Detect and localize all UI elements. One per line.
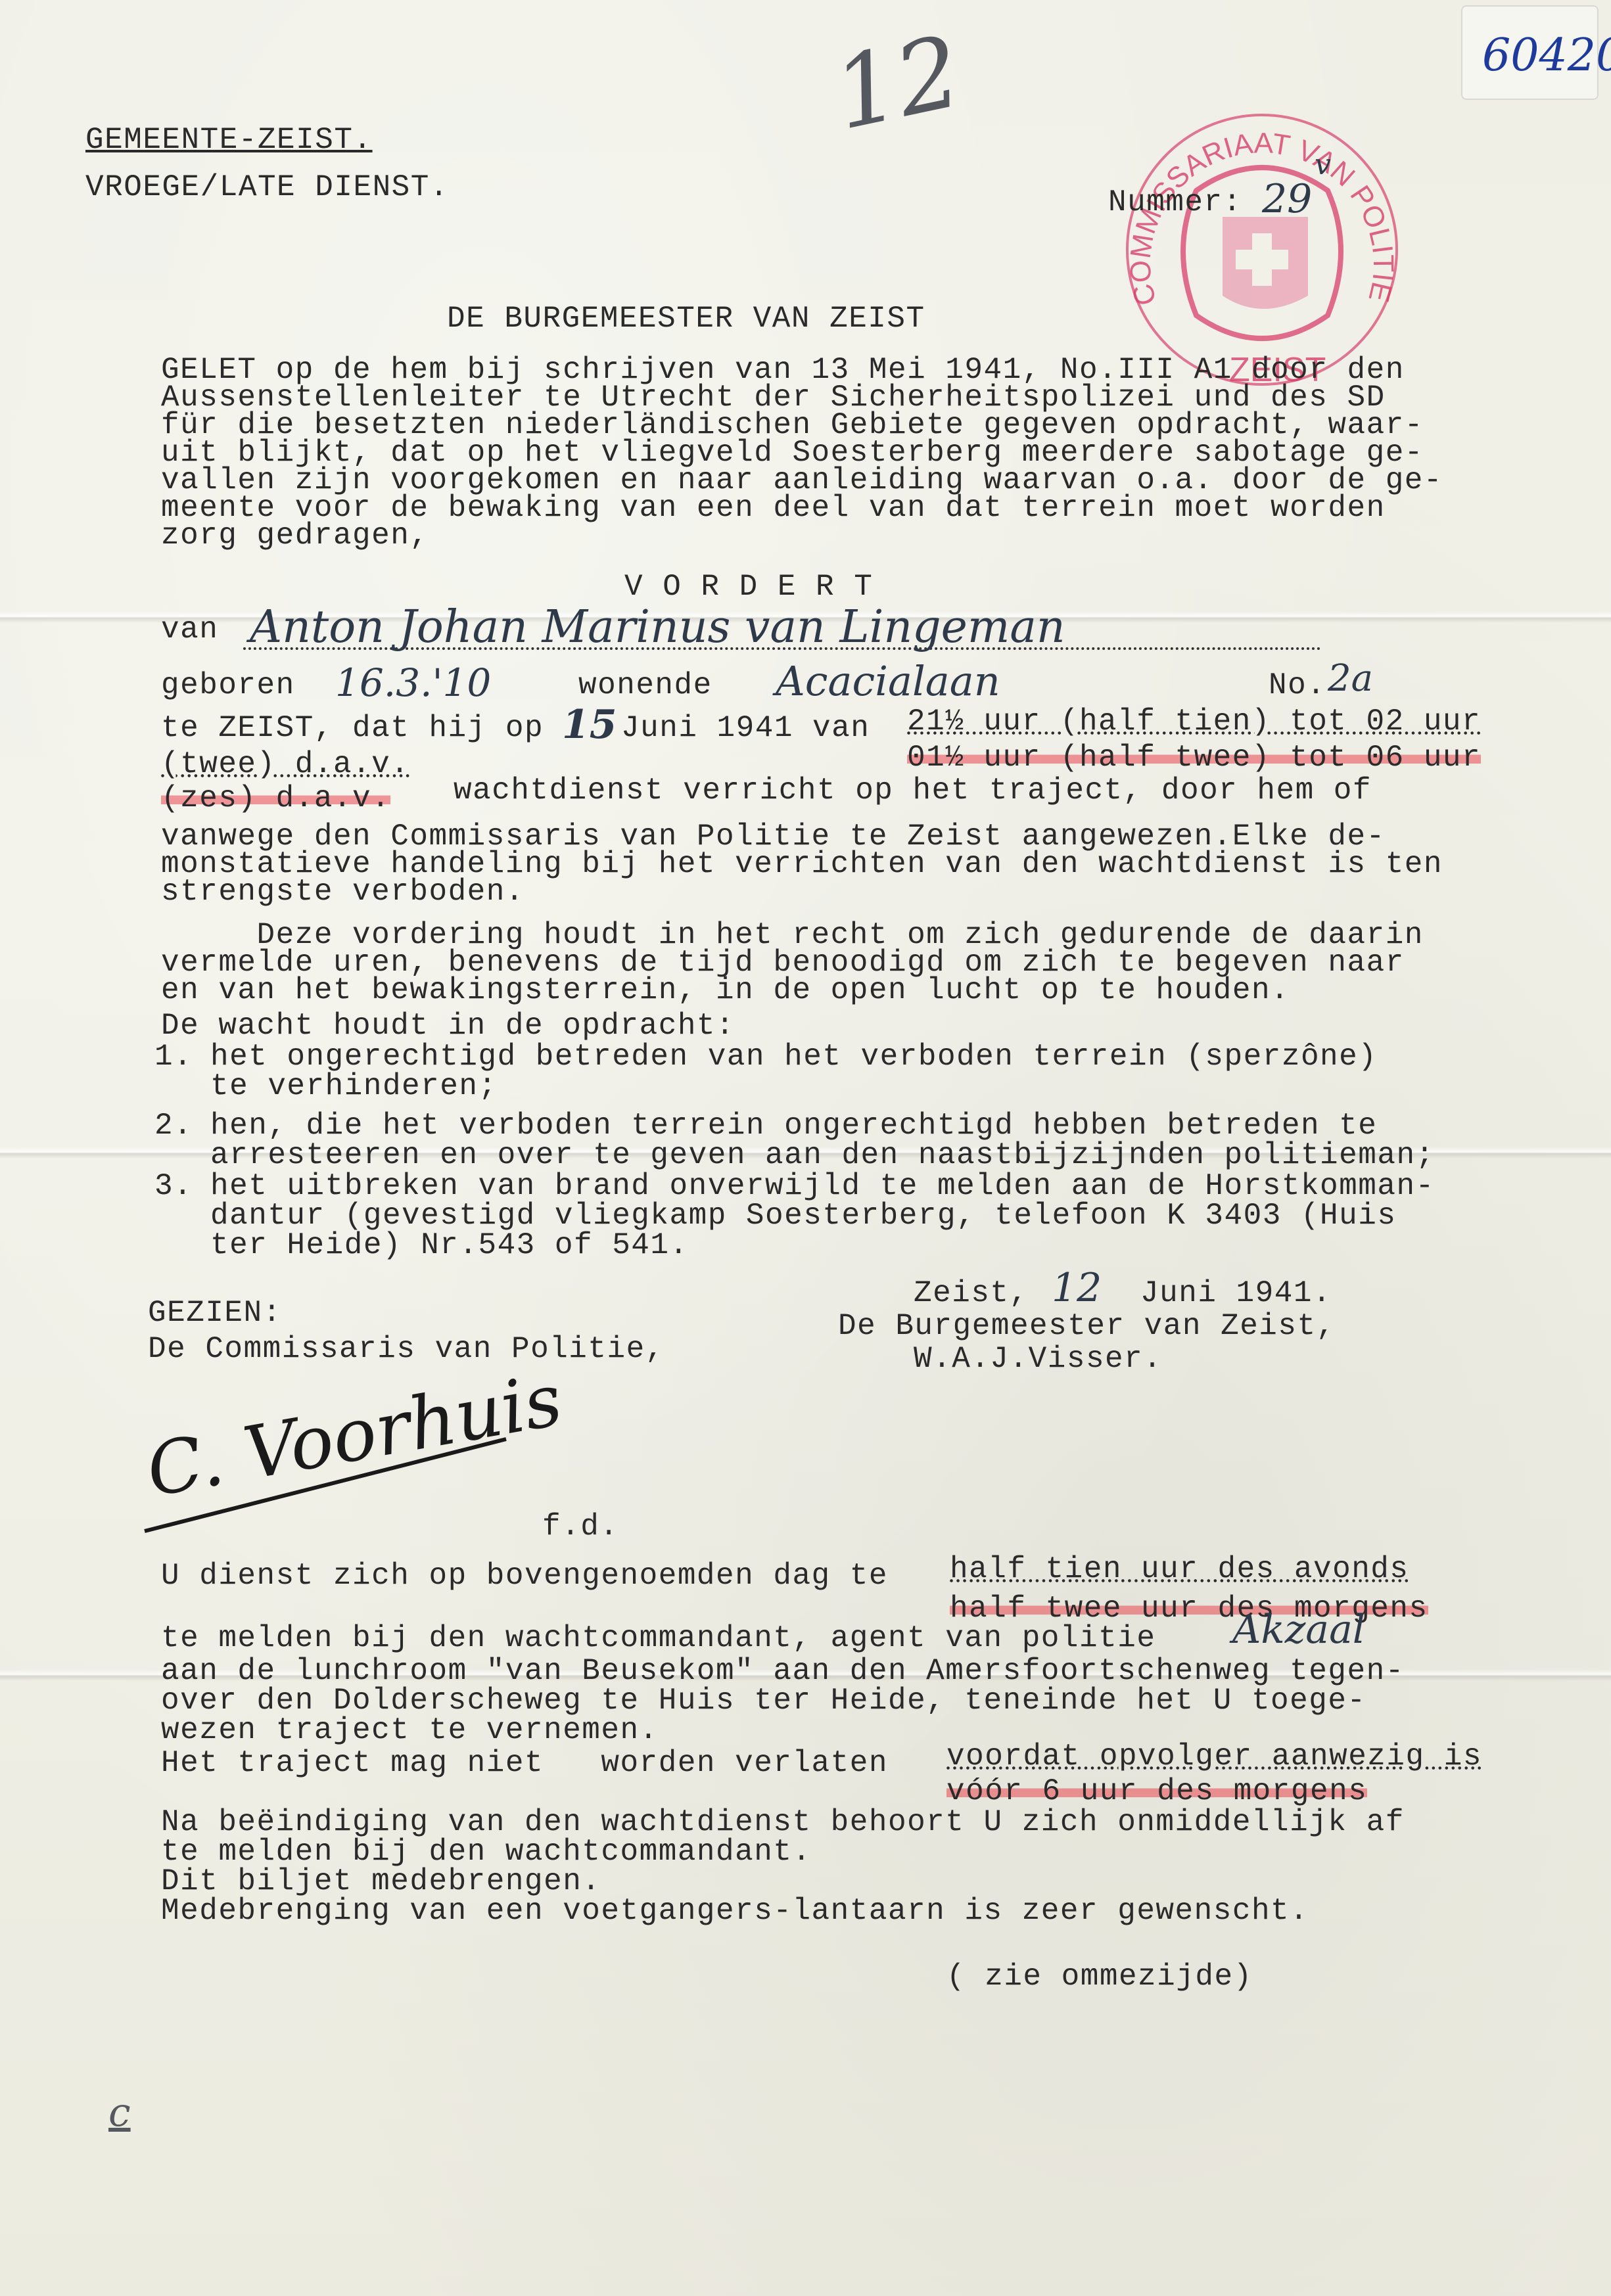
corner-pencil-mark: c bbox=[108, 2090, 131, 2136]
leave-line-prefix: Het traject mag niet worden verlaten bbox=[161, 1748, 888, 1778]
duty-option-evening-end: (twee) d.a.v. bbox=[161, 749, 409, 779]
municipality-header: GEMEENTE-ZEIST. bbox=[85, 125, 373, 155]
archive-label: 60420 bbox=[1462, 7, 1597, 99]
number-label: Nummer: bbox=[1108, 187, 1242, 218]
archive-number: 60420 bbox=[1482, 30, 1611, 81]
duty-option-night-struck: 01½ uur (half twee) tot 06 uur bbox=[907, 743, 1481, 773]
report-line-5: wezen traject te vernemen. bbox=[161, 1715, 659, 1745]
duty-suffix: wachtdienst verricht op het traject, doo… bbox=[454, 775, 1372, 806]
duty-option-night-end-struck: (zes) d.a.v. bbox=[161, 783, 390, 814]
residing-label: wonende bbox=[578, 670, 712, 700]
mayor-name: W.A.J.Visser. bbox=[914, 1344, 1162, 1374]
report-line-1: U dienst zich op bovengenoemden dag te bbox=[161, 1561, 888, 1591]
end-line-4: Medebrenging van een voetgangers-lantaar… bbox=[161, 1896, 1309, 1926]
police-stamp-icon: COMMISSARIAAT VAN POLITIE ZEIST bbox=[1117, 105, 1407, 394]
end-line-3: Dit biljet medebrengen. bbox=[161, 1866, 601, 1896]
address: Acacialaan bbox=[776, 657, 1000, 705]
duties-intro: De wacht houdt in de opdracht: bbox=[161, 1011, 735, 1041]
house-number: 2a bbox=[1328, 657, 1373, 700]
duty-prefix: te ZEIST, dat hij op bbox=[161, 713, 544, 743]
leave-option-time-struck: vóór 6 uur des morgens bbox=[946, 1776, 1367, 1806]
born-label: geboren bbox=[161, 670, 295, 700]
report-option-evening: half tien uur des avonds bbox=[950, 1554, 1409, 1584]
place-prefix: Zeist, bbox=[914, 1278, 1029, 1308]
fd-mark: f.d. bbox=[542, 1511, 619, 1542]
number-value: 29 bbox=[1262, 176, 1312, 222]
duty-month-year: Juni 1941 van bbox=[621, 713, 870, 743]
see-overleaf: ( zie ommezijde) bbox=[946, 1962, 1253, 1992]
duty-option-evening: 21½ uur (half tien) tot 02 uur bbox=[907, 706, 1481, 737]
birth-date: 16.3.'10 bbox=[335, 660, 491, 705]
end-line-2: te melden bij den wachtcommandant. bbox=[161, 1837, 812, 1867]
report-line-4: over den Dolderscheweg te Huis ter Heide… bbox=[161, 1686, 1366, 1716]
duty-day: 15 bbox=[562, 702, 617, 748]
conscript-name: Anton Johan Marinus van Lingeman bbox=[250, 601, 1065, 653]
commander-name-handwritten: Akzaal bbox=[1232, 1607, 1365, 1653]
mayor-title: De Burgemeester van Zeist, bbox=[838, 1311, 1336, 1341]
end-line-1: Na beëindiging van den wachtdienst behoo… bbox=[161, 1807, 1405, 1837]
signature-flourish-icon bbox=[138, 1433, 532, 1538]
shift-type: VROEGE/LATE DIENST. bbox=[85, 172, 449, 202]
van-label: van bbox=[161, 614, 218, 645]
seen-by: De Commissaris van Politie, bbox=[148, 1334, 665, 1364]
vordert-heading: V O R D E R T bbox=[624, 572, 873, 602]
place-suffix: Juni 1941. bbox=[1140, 1278, 1332, 1308]
check-mark: v bbox=[1315, 148, 1331, 181]
document-title: DE BURGEMEESTER VAN ZEIST bbox=[447, 304, 925, 334]
report-line-3: aan de lunchroom "van Beusekom" aan den … bbox=[161, 1656, 1405, 1686]
report-line-2: te melden bij den wachtcommandant, agent… bbox=[161, 1623, 1156, 1653]
place-day: 12 bbox=[1052, 1265, 1102, 1311]
house-number-label: No. bbox=[1269, 670, 1326, 700]
seen-label: GEZIEN: bbox=[148, 1298, 282, 1328]
leave-option-successor: voordat opvolger aanwezig is bbox=[946, 1741, 1482, 1772]
